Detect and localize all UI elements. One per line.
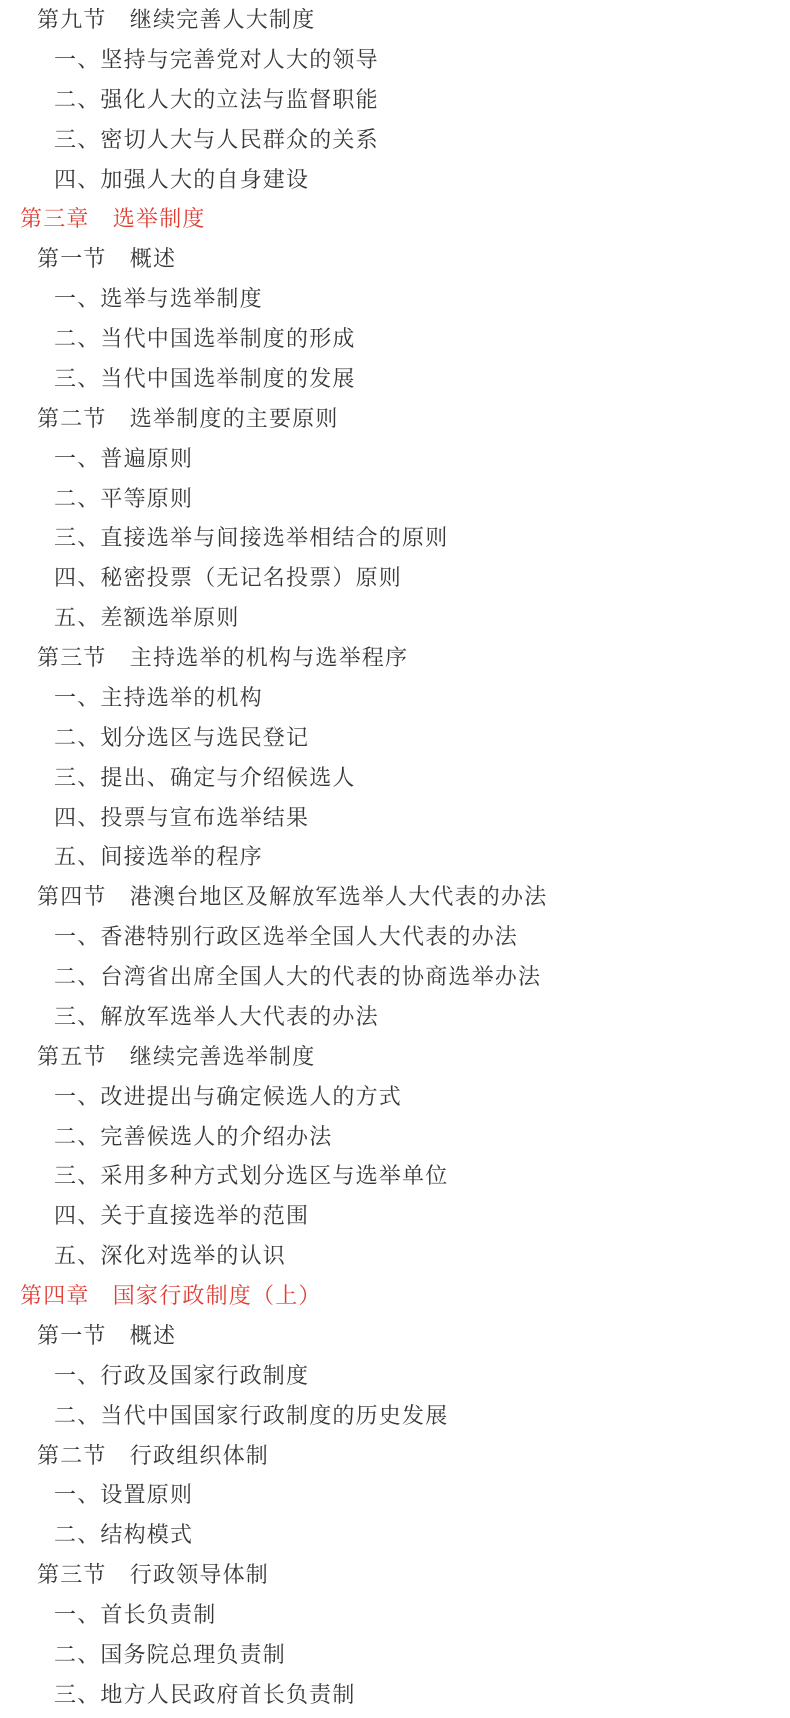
toc-entry-item: 一、选举与选举制度 (0, 279, 790, 319)
toc-entry-item: 二、划分选区与选民登记 (0, 718, 790, 758)
toc-entry-item: 四、秘密投票（无记名投票）原则 (0, 558, 790, 598)
toc-entry-chapter: 第三章 选举制度 (0, 199, 790, 239)
toc-entry-item: 一、设置原则 (0, 1475, 790, 1515)
toc-entry-item: 二、国务院总理负责制 (0, 1635, 790, 1675)
toc-entry-item: 五、间接选举的程序 (0, 837, 790, 877)
toc-entry-section: 第一节 概述 (0, 239, 790, 279)
toc-entry-item: 三、密切人大与人民群众的关系 (0, 120, 790, 160)
toc-entry-item: 二、平等原则 (0, 479, 790, 519)
toc-entry-item: 三、当代中国选举制度的发展 (0, 359, 790, 399)
toc-entry-item: 三、地方人民政府首长负责制 (0, 1675, 790, 1715)
toc-entry-chapter: 第四章 国家行政制度（上） (0, 1276, 790, 1316)
toc-entry-section: 第一节 概述 (0, 1316, 790, 1356)
toc-entry-item: 一、行政及国家行政制度 (0, 1356, 790, 1396)
toc-entry-section: 第三节 行政领导体制 (0, 1555, 790, 1595)
toc-entry-section: 第二节 行政组织体制 (0, 1436, 790, 1476)
toc-entry-item: 四、加强人大的自身建设 (0, 160, 790, 200)
toc-entry-item: 四、关于直接选举的范围 (0, 1196, 790, 1236)
toc-entry-item: 一、香港特别行政区选举全国人大代表的办法 (0, 917, 790, 957)
toc-entry-item: 二、强化人大的立法与监督职能 (0, 80, 790, 120)
toc-entry-item: 一、主持选举的机构 (0, 678, 790, 718)
toc-entry-item: 一、普遍原则 (0, 439, 790, 479)
toc-entry-item: 二、台湾省出席全国人大的代表的协商选举办法 (0, 957, 790, 997)
toc-entry-section: 第五节 继续完善选举制度 (0, 1037, 790, 1077)
table-of-contents: 第九节 继续完善人大制度一、坚持与完善党对人大的领导二、强化人大的立法与监督职能… (0, 0, 790, 1718)
toc-entry-section: 第三节 主持选举的机构与选举程序 (0, 638, 790, 678)
toc-entry-item: 三、解放军选举人大代表的办法 (0, 997, 790, 1037)
toc-entry-item: 一、首长负责制 (0, 1595, 790, 1635)
toc-entry-item: 三、提出、确定与介绍候选人 (0, 758, 790, 798)
toc-entry-item: 三、采用多种方式划分选区与选举单位 (0, 1156, 790, 1196)
toc-entry-item: 一、坚持与完善党对人大的领导 (0, 40, 790, 80)
toc-entry-item: 一、改进提出与确定候选人的方式 (0, 1077, 790, 1117)
toc-entry-item: 二、结构模式 (0, 1515, 790, 1555)
toc-entry-item: 二、当代中国国家行政制度的历史发展 (0, 1396, 790, 1436)
toc-entry-section: 第四节 港澳台地区及解放军选举人大代表的办法 (0, 877, 790, 917)
toc-entry-item: 四、投票与宣布选举结果 (0, 798, 790, 838)
toc-entry-item: 五、差额选举原则 (0, 598, 790, 638)
toc-entry-item: 二、完善候选人的介绍办法 (0, 1117, 790, 1157)
toc-entry-item: 二、当代中国选举制度的形成 (0, 319, 790, 359)
toc-entry-item: 三、直接选举与间接选举相结合的原则 (0, 518, 790, 558)
toc-entry-section: 第二节 选举制度的主要原则 (0, 399, 790, 439)
toc-entry-section: 第九节 继续完善人大制度 (0, 0, 790, 40)
toc-entry-item: 五、深化对选举的认识 (0, 1236, 790, 1276)
